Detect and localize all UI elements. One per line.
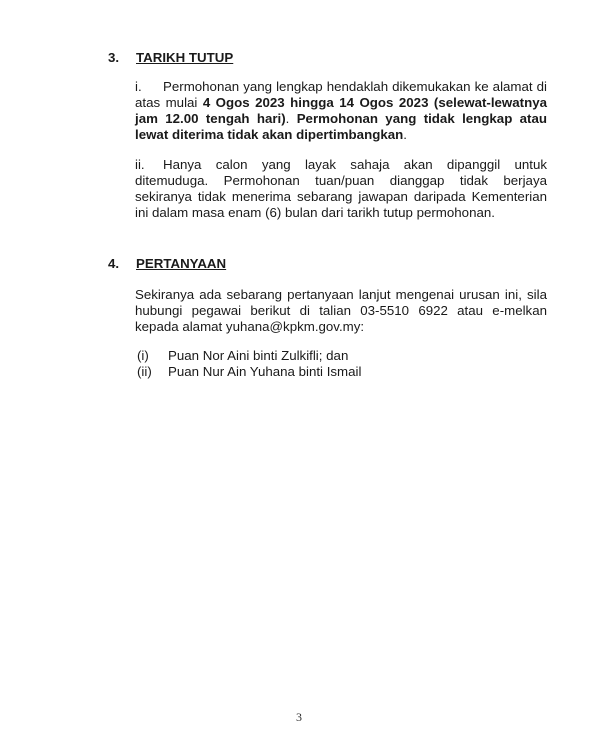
paragraph-text: .	[403, 127, 407, 142]
section-number: 3.	[108, 50, 119, 65]
paragraph-text: .	[286, 111, 297, 126]
list-label: (i)	[137, 348, 168, 364]
list-item: (i) Puan Nor Aini binti Zulkifli; dan	[137, 348, 361, 364]
contact-name: Puan Nor Aini binti Zulkifli; dan	[168, 348, 348, 364]
paragraph-inquiry: Sekiranya ada sebarang pertanyaan lanjut…	[135, 287, 547, 335]
paragraph-label: ii.	[135, 157, 163, 173]
paragraph-label: i.	[135, 79, 163, 95]
list-item: (ii) Puan Nur Ain Yuhana binti Ismail	[137, 364, 361, 380]
paragraph-text: Sekiranya ada sebarang pertanyaan lanjut…	[135, 287, 547, 334]
paragraph-interview-notice: ii.Hanya calon yang layak sahaja akan di…	[135, 157, 547, 221]
section-number: 4.	[108, 256, 119, 271]
contact-list: (i) Puan Nor Aini binti Zulkifli; dan (i…	[137, 348, 361, 380]
paragraph-text: Hanya calon yang layak sahaja akan dipan…	[135, 157, 547, 220]
page-number: 3	[296, 710, 302, 725]
paragraph-closing-date: i.Permohonan yang lengkap hendaklah dike…	[135, 79, 547, 143]
document-page: 3. TARIKH TUTUP i.Permohonan yang lengka…	[0, 0, 600, 736]
section-title: TARIKH TUTUP	[136, 50, 233, 65]
list-label: (ii)	[137, 364, 168, 380]
contact-name: Puan Nur Ain Yuhana binti Ismail	[168, 364, 361, 380]
section-title: PERTANYAAN	[136, 256, 226, 271]
